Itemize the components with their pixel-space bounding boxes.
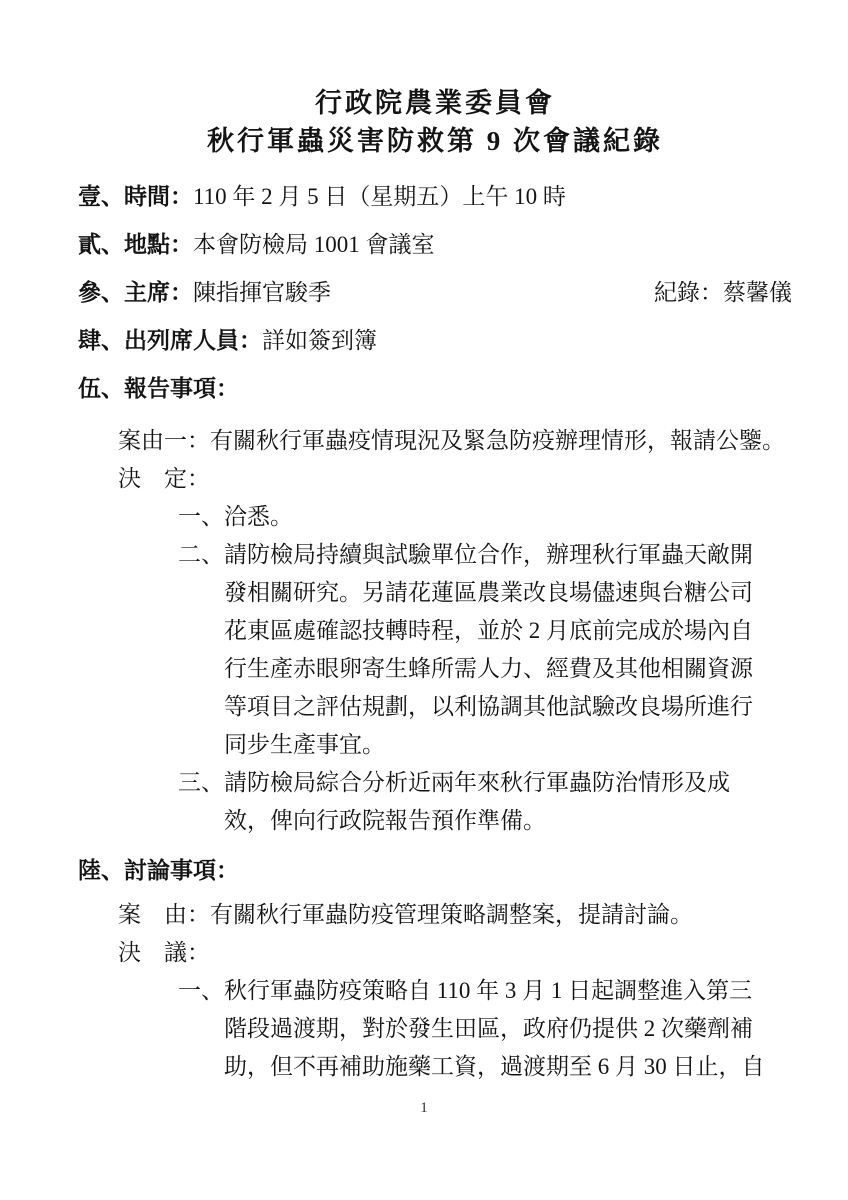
discussion-case-text: 有關秋行軍蟲防疫管理策略調整案，提請討論。 <box>210 896 693 934</box>
chair-group: 參、主席：陳指揮官駿季 <box>78 278 331 308</box>
report-section: 案由一： 有關秋行軍蟲疫情現況及緊急防疫辦理情形，報請公鑒。 決 定： 一、 洽… <box>78 422 792 840</box>
item-text: 請防檢局持續與試驗單位合作，辦理秋行軍蟲天敵開 發相關研究。另請花蓮區農業改良場… <box>224 536 753 764</box>
attendees-value: 詳如簽到簿 <box>262 328 377 353</box>
report-case-label: 案由一： <box>118 422 210 460</box>
discussion-case-label: 案 由： <box>118 896 210 934</box>
report-decision-row: 決 定： <box>118 460 792 498</box>
chair-value: 陳指揮官駿季 <box>193 280 331 305</box>
meta-row-attendees: 肆、出列席人員：詳如簽到簿 <box>78 326 792 356</box>
doc-title: 行政院農業委員會 <box>78 84 792 122</box>
meta-section: 壹、時間：110 年 2 月 5 日（星期五）上午 10 時 貳、地點：本會防檢… <box>78 182 792 404</box>
discussion-case-row: 案 由： 有關秋行軍蟲防疫管理策略調整案，提請討論。 <box>118 896 792 934</box>
discussion-decision-row: 決 議： <box>118 934 792 972</box>
report-case-row: 案由一： 有關秋行軍蟲疫情現況及緊急防疫辦理情形，報請公鑒。 <box>118 422 792 460</box>
item-text: 洽悉。 <box>224 498 293 536</box>
place-label: 貳、地點： <box>78 232 193 257</box>
report-item-2: 二、 請防檢局持續與試驗單位合作，辦理秋行軍蟲天敵開 發相關研究。另請花蓮區農業… <box>178 536 792 764</box>
doc-subtitle: 秋行軍蟲災害防救第 9 次會議紀錄 <box>78 122 792 160</box>
item-number: 一、 <box>178 498 224 536</box>
meta-row-place: 貳、地點：本會防檢局 1001 會議室 <box>78 230 792 260</box>
report-decision-label: 決 定： <box>118 460 210 498</box>
item-text: 秋行軍蟲防疫策略自 110 年 3 月 1 日起調整進入第三 階段過渡期，對於發… <box>224 972 765 1086</box>
report-heading: 伍、報告事項： <box>78 374 792 404</box>
meta-row-time: 壹、時間：110 年 2 月 5 日（星期五）上午 10 時 <box>78 182 792 212</box>
document-page: 行政院農業委員會 秋行軍蟲災害防救第 9 次會議紀錄 壹、時間：110 年 2 … <box>0 0 848 1200</box>
place-value: 本會防檢局 1001 會議室 <box>193 232 435 257</box>
recorder: 紀錄：蔡馨儀 <box>654 278 792 308</box>
discussion-heading: 陸、討論事項： <box>78 856 792 886</box>
discussion-decision-label: 決 議： <box>118 934 210 972</box>
report-case-text: 有關秋行軍蟲疫情現況及緊急防疫辦理情形，報請公鑒。 <box>210 422 785 460</box>
discussion-section: 陸、討論事項： 案 由： 有關秋行軍蟲防疫管理策略調整案，提請討論。 決 議： … <box>78 856 792 1086</box>
item-text: 請防檢局綜合分析近兩年來秋行軍蟲防治情形及成 效，俾向行政院報告預作準備。 <box>224 764 730 840</box>
meta-row-chair: 參、主席：陳指揮官駿季 紀錄：蔡馨儀 <box>78 278 792 308</box>
attendees-label: 肆、出列席人員： <box>78 328 262 353</box>
item-number: 二、 <box>178 536 224 764</box>
page-number: 1 <box>0 1100 848 1117</box>
item-number: 三、 <box>178 764 224 840</box>
report-item-3: 三、 請防檢局綜合分析近兩年來秋行軍蟲防治情形及成 效，俾向行政院報告預作準備。 <box>178 764 792 840</box>
chair-label: 參、主席： <box>78 280 193 305</box>
time-value: 110 年 2 月 5 日（星期五）上午 10 時 <box>193 184 566 209</box>
item-number: 一、 <box>178 972 224 1086</box>
discussion-item-1: 一、 秋行軍蟲防疫策略自 110 年 3 月 1 日起調整進入第三 階段過渡期，… <box>178 972 792 1086</box>
time-label: 壹、時間： <box>78 184 193 209</box>
report-item-1: 一、 洽悉。 <box>178 498 792 536</box>
